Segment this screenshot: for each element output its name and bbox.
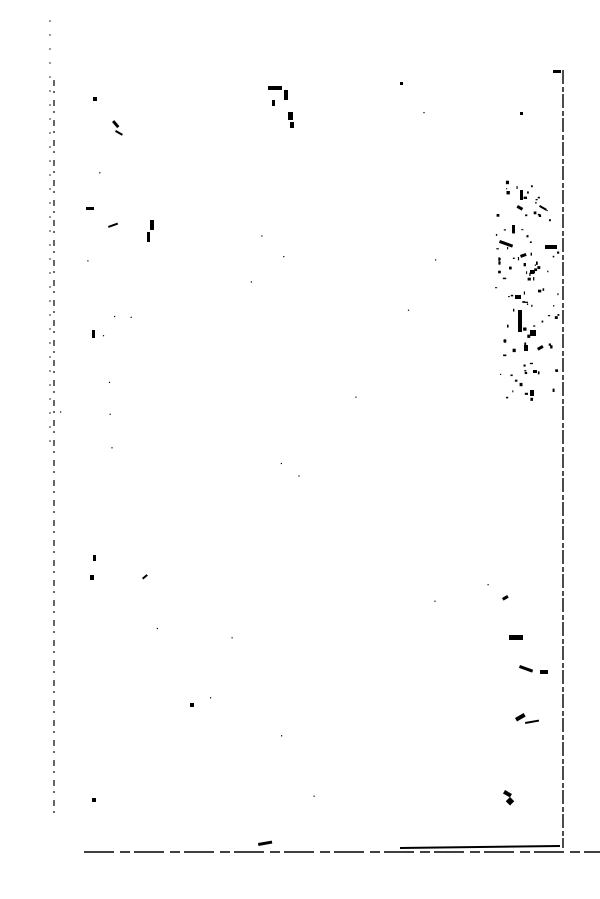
scan-noise-layer [0, 0, 600, 899]
scanned-page [0, 0, 600, 899]
ink-specks [60, 70, 561, 846]
